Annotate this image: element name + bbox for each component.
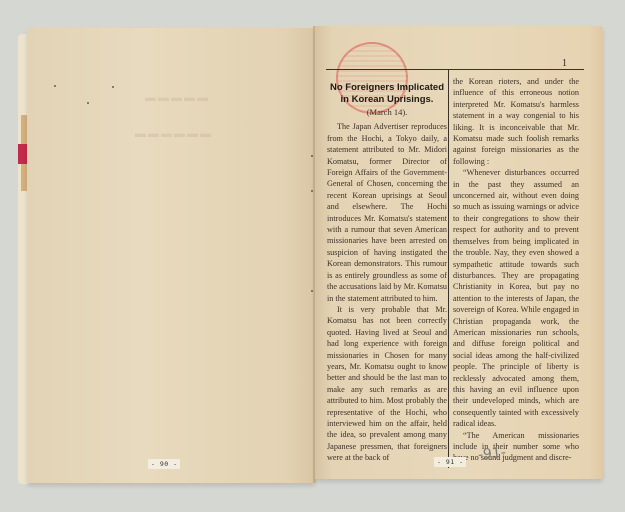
paper-speck: [311, 190, 313, 192]
header-rule: [326, 69, 584, 70]
paragraph: “The American missionaries include in th…: [453, 430, 579, 464]
open-book-scan: ▬▬▬▬▬ ▬▬▬▬▬▬ 1 No Foreigners Implicated …: [0, 0, 625, 512]
paragraph: It is very probable that Mr. Komatsu has…: [327, 304, 447, 464]
paragraph: “Whenever disturbances occurred in the p…: [453, 167, 579, 429]
paper-speck: [54, 85, 56, 87]
bleed-through-text: ▬▬▬▬▬: [145, 92, 210, 104]
column-divider: [448, 70, 449, 468]
paragraph: The Japan Advertiser reproduces from the…: [327, 121, 447, 304]
article-headline: No Foreigners Implicated in Korean Upris…: [327, 82, 447, 105]
archive-page-label-right: - 91 -: [434, 457, 466, 467]
archive-page-label-left: - 90 -: [148, 459, 180, 469]
page-number: 1: [562, 58, 567, 69]
paper-speck: [311, 290, 313, 292]
article-column-right: the Korean rioters, and under the influe…: [453, 76, 579, 464]
paper-speck: [87, 102, 89, 104]
paper-speck: [311, 155, 313, 157]
article-dateline: (March 14).: [327, 107, 447, 118]
paragraph: the Korean rioters, and under the influe…: [453, 76, 579, 167]
article-column-left: No Foreigners Implicated in Korean Upris…: [327, 74, 447, 464]
paper-speck: [112, 86, 114, 88]
red-bookmark-tab: [18, 144, 27, 164]
bleed-through-text: ▬▬▬▬▬▬: [135, 128, 213, 140]
pencil-annotation: -91-: [477, 445, 506, 464]
